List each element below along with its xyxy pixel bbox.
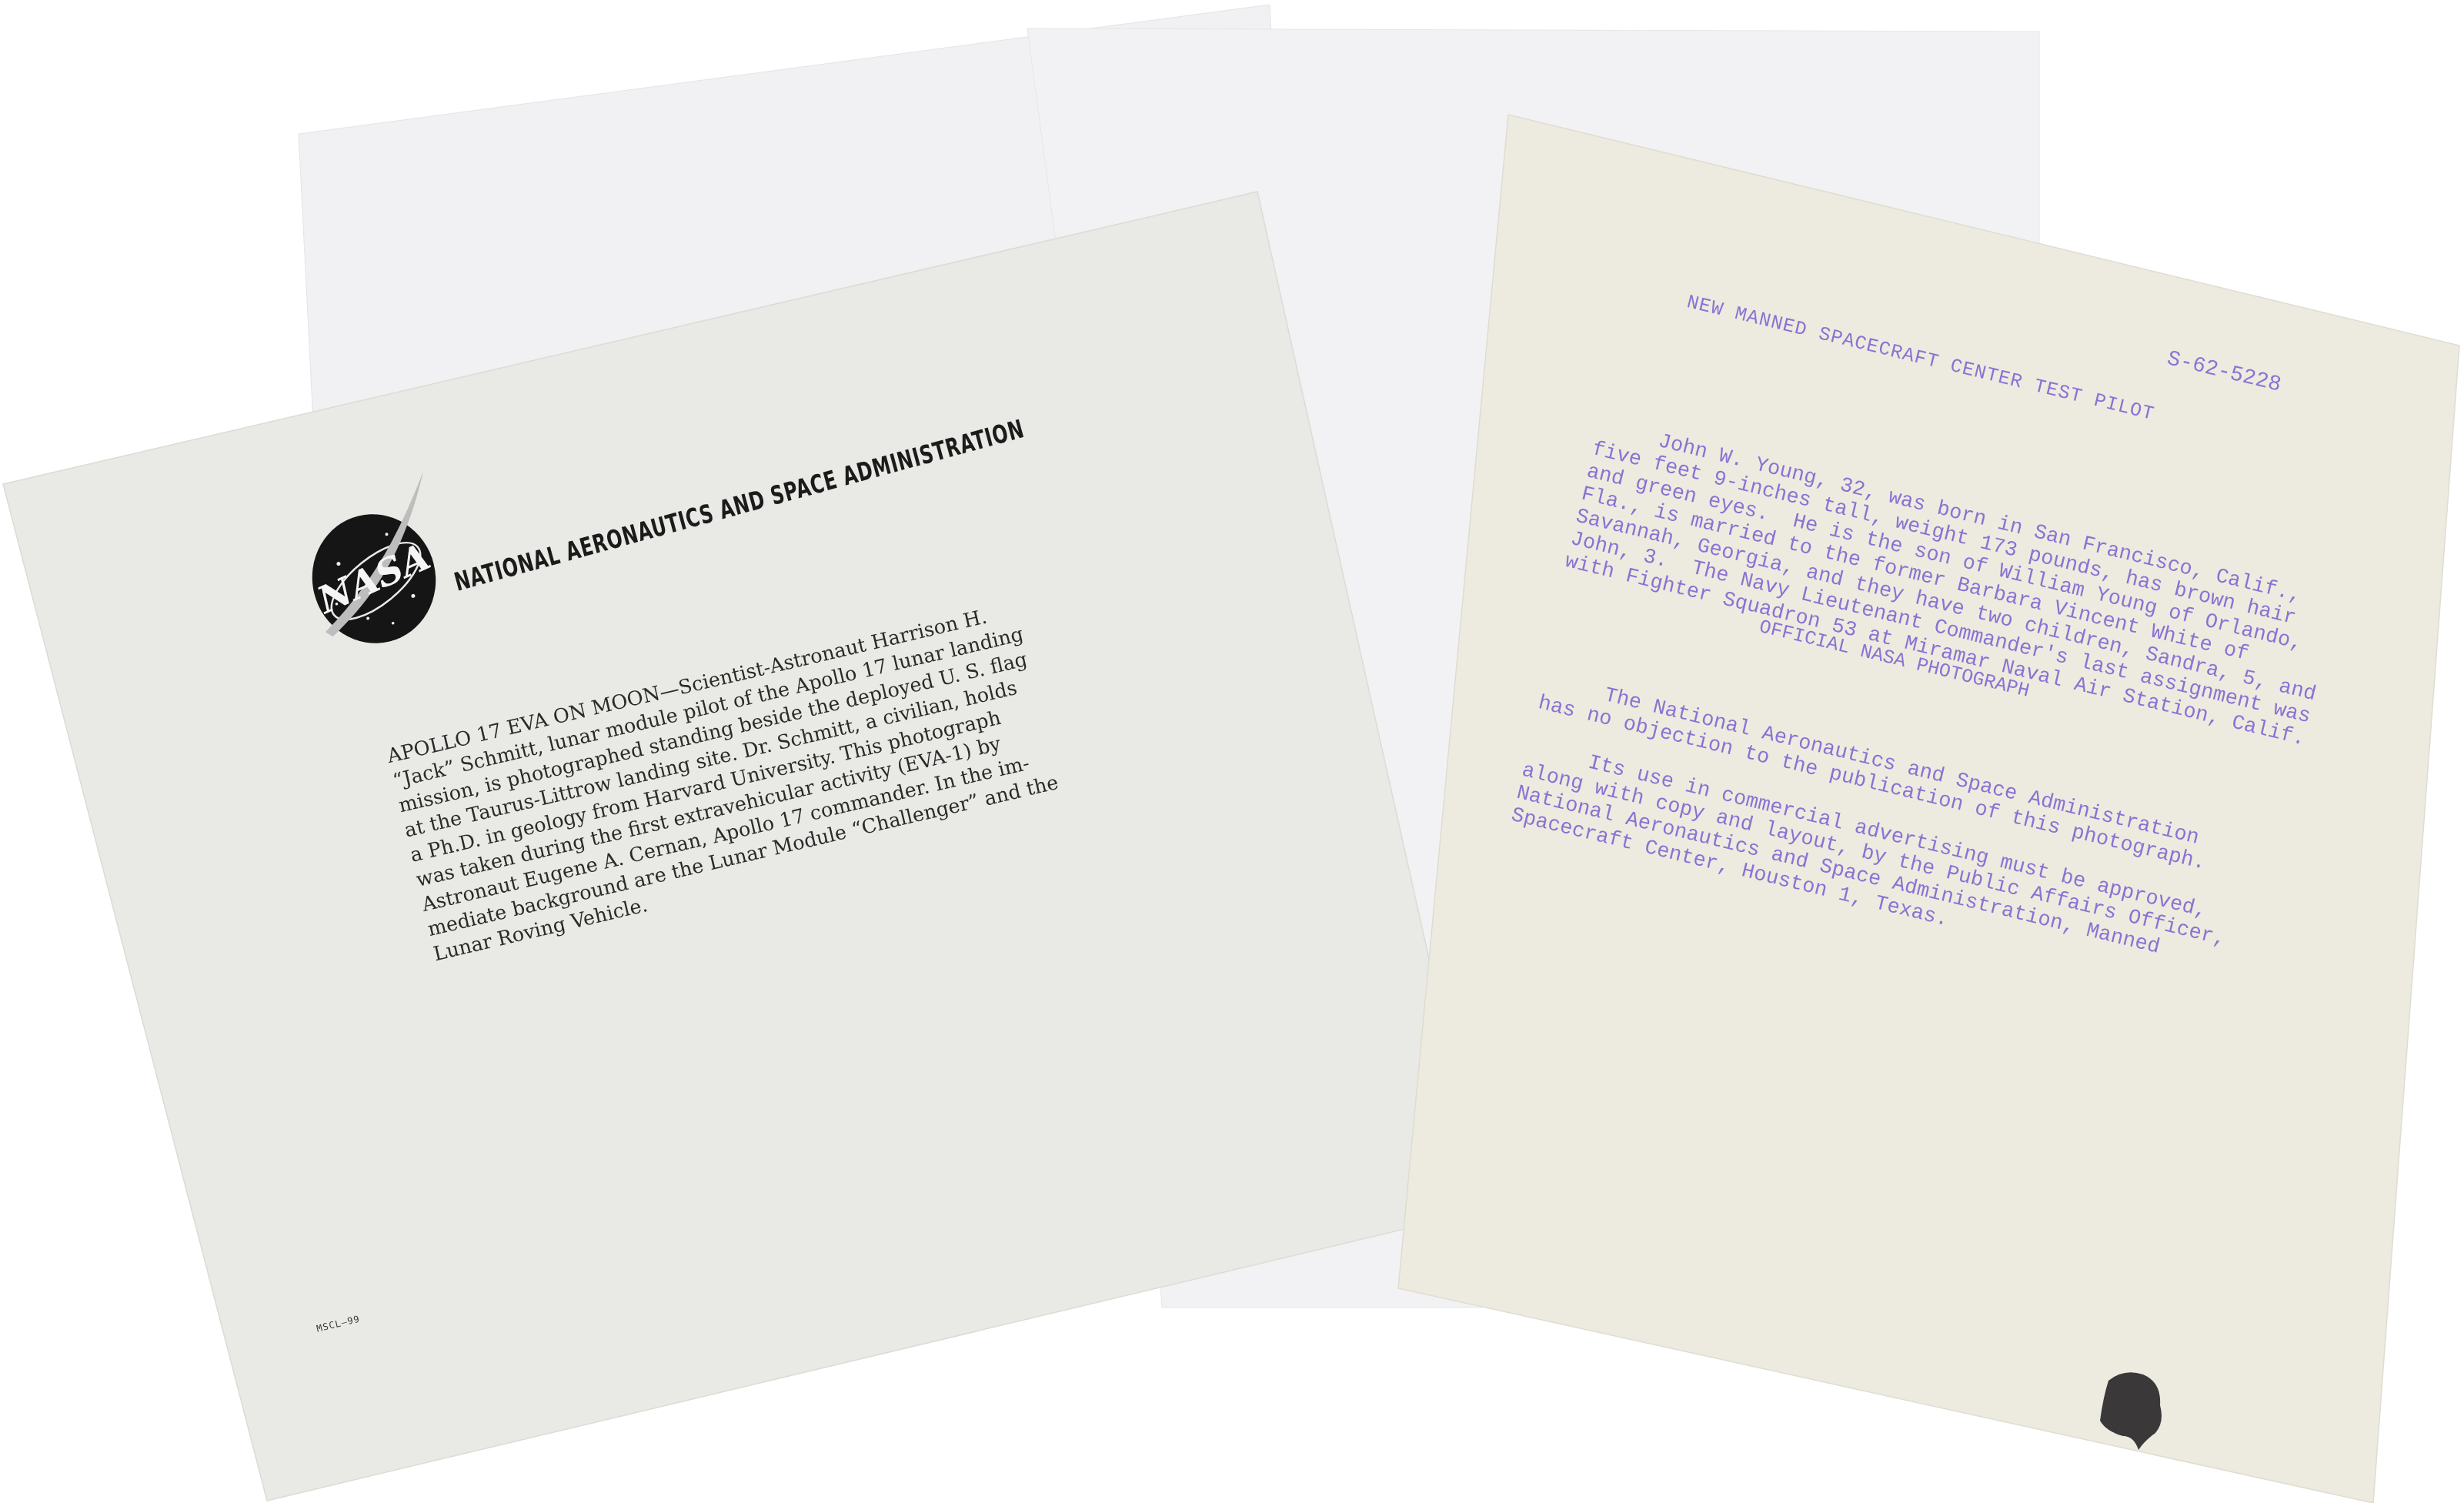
photo-scene: NASA NATIONAL AERONAUTICS AND SPACE ADMI… <box>0 0 2464 1503</box>
paper-sheets: NASA <box>0 0 2464 1503</box>
